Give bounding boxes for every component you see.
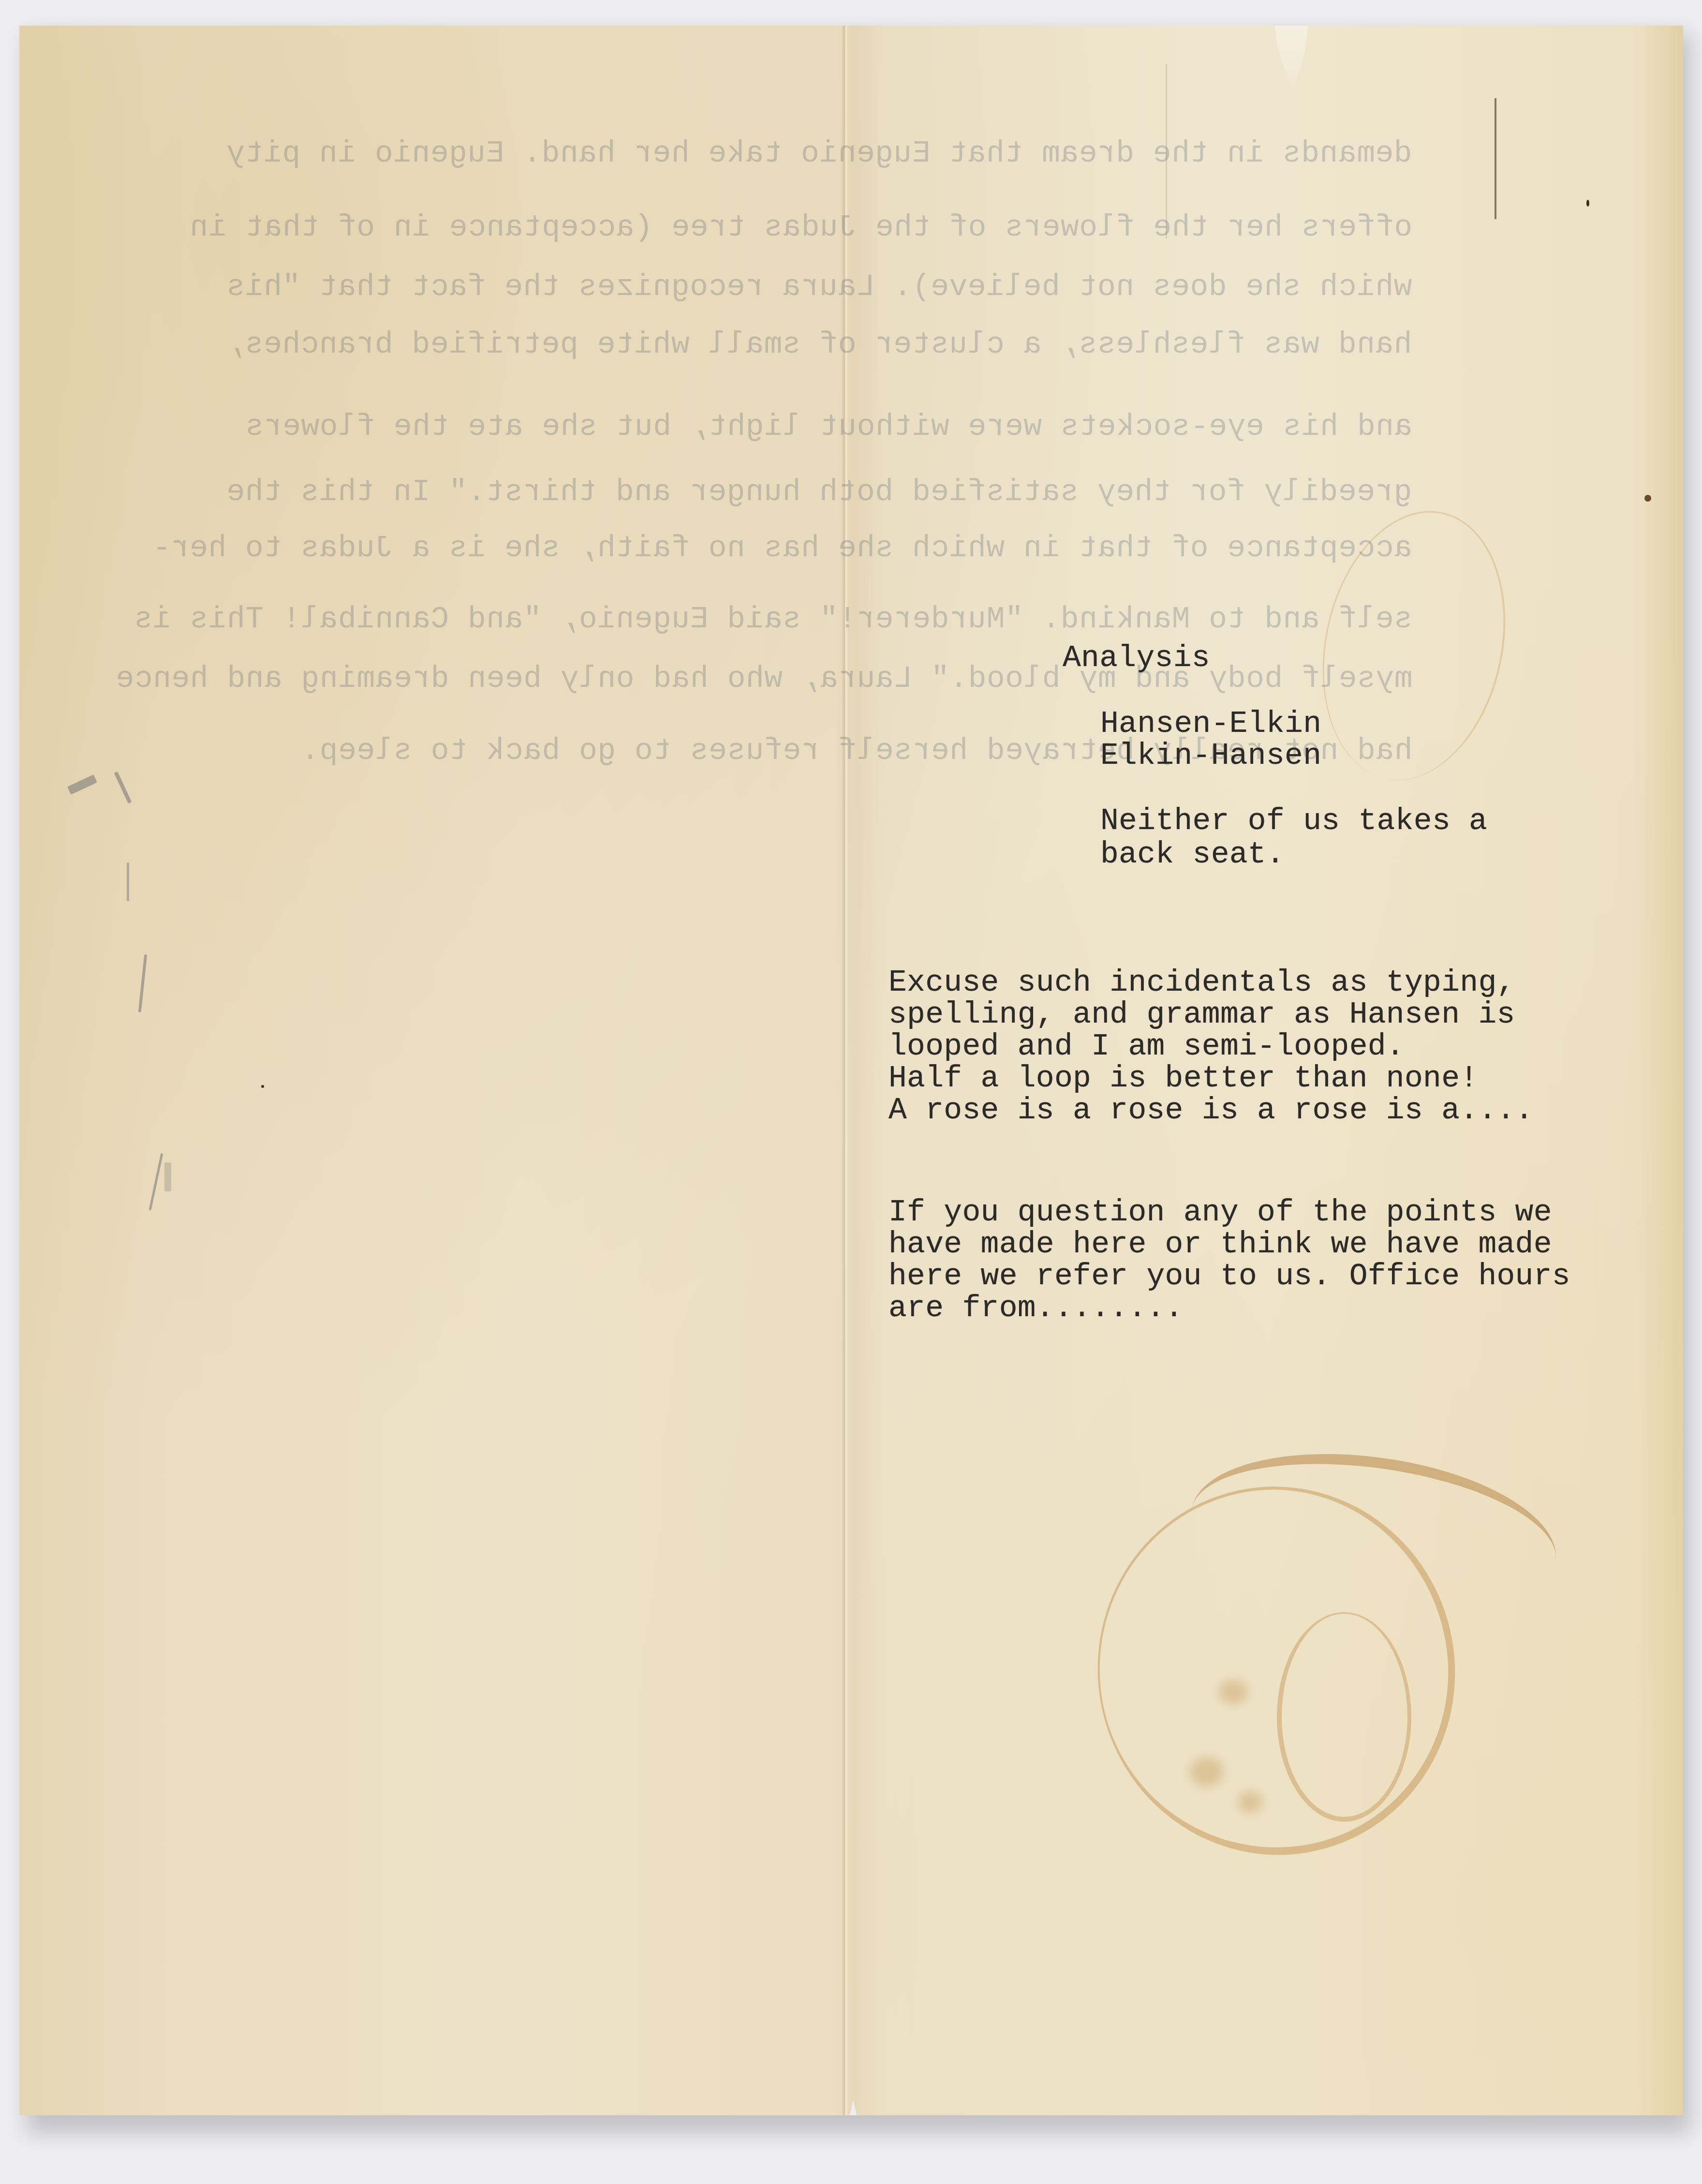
speck <box>1644 495 1651 502</box>
show-through-line: greedily for they satisfied both hunger … <box>226 476 1412 508</box>
speck <box>261 1085 264 1088</box>
excuse-line: A rose is a rose is a rose is a.... <box>888 1095 1534 1127</box>
excuse-line: spelling, and grammar as Hansen is <box>888 999 1515 1031</box>
closing-line: are from........ <box>888 1293 1184 1324</box>
bottom-fold-notch <box>849 2100 858 2115</box>
excuse-line: Half a loop is better than none! <box>888 1063 1478 1095</box>
speck <box>1586 200 1589 207</box>
pencil-scribble <box>114 772 132 804</box>
stain-blot <box>1238 1791 1262 1813</box>
stain-blot <box>1219 1680 1248 1704</box>
top-edge-notch <box>1345 0 1378 10</box>
show-through-line: self and to Mankind. "Murderer!" said Eu… <box>134 604 1412 636</box>
show-through-line: and his eye-sockets were without light, … <box>245 411 1412 443</box>
note-line: back seat. <box>1100 839 1285 871</box>
note-line: Neither of us takes a <box>1100 805 1487 837</box>
author-line: Hansen-Elkin <box>1100 708 1321 740</box>
closing-line: If you question any of the points we <box>888 1197 1552 1229</box>
document-page: demands in the dream that Eugenio take h… <box>19 26 1683 2115</box>
heading-analysis: Analysis <box>1063 642 1210 674</box>
pencil-line-top-right <box>1495 98 1496 219</box>
pencil-mark <box>149 1153 163 1210</box>
coffee-ring-inner <box>1277 1612 1411 1822</box>
show-through-line: demands in the dream that Eugenio take h… <box>226 138 1412 170</box>
closing-line: here we refer you to us. Office hours <box>888 1261 1570 1293</box>
pencil-mark <box>164 1162 171 1191</box>
torn-edge <box>1274 26 1308 96</box>
show-through-line: acceptance of that in which she has no f… <box>152 533 1412 565</box>
closing-line: have made here or think we have made <box>888 1229 1552 1261</box>
pencil-scribble <box>67 774 97 795</box>
pencil-mark <box>127 862 129 901</box>
stain-blot <box>1190 1757 1224 1786</box>
excuse-line: looped and I am semi-looped. <box>888 1031 1405 1063</box>
author-line: Elkin-Hansen <box>1100 740 1321 772</box>
show-through-line: hand was fleshless, a cluster of small w… <box>226 329 1412 361</box>
show-through-line: which she does not believe). Laura recog… <box>226 271 1412 303</box>
pencil-mark <box>138 954 148 1012</box>
show-through-line: offers her the flowers of the Judas tree… <box>190 212 1412 244</box>
show-through-line: myself body and my blood." Laura, who ha… <box>116 663 1412 695</box>
excuse-line: Excuse such incidentals as typing, <box>888 967 1515 999</box>
